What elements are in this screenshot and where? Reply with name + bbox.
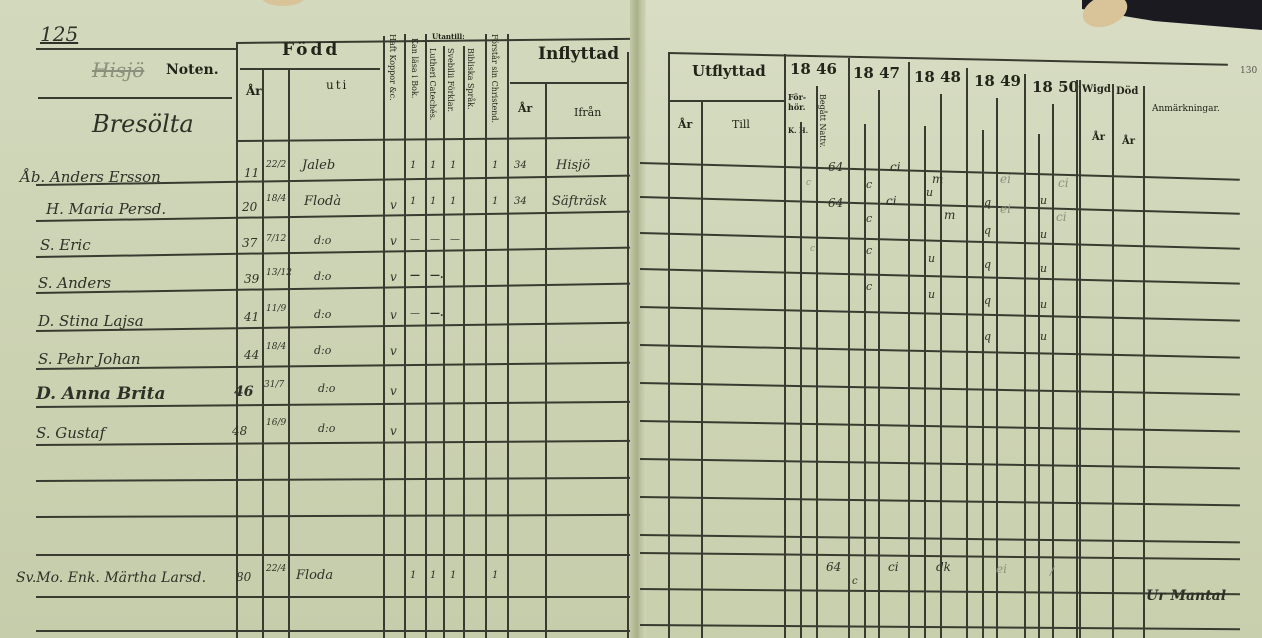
kan-lasa-mark: 1 [410, 160, 416, 171]
koppor-mark: v [390, 198, 397, 212]
header-year-1850: 18 50 [1032, 78, 1079, 96]
person-name: D. Stina Lajsa [38, 312, 144, 330]
header-wigd-ar: År [1092, 132, 1105, 143]
top-rule-left [36, 48, 236, 50]
col-line [1143, 86, 1145, 638]
lutheri-mark: —. [430, 308, 443, 319]
nattvard-1846: 64 [828, 196, 843, 210]
birth-date: 18/4 [266, 194, 286, 204]
person-name: H. Maria Persd. [46, 200, 166, 218]
header-kan-lasa: Kan läsa i Bok. [410, 38, 419, 138]
forhor-1849: q [984, 258, 991, 271]
header-dod-ar: År [1122, 136, 1135, 147]
col-line [507, 34, 509, 638]
forstar-mark: 1 [492, 196, 498, 207]
header-dod: Död [1116, 86, 1138, 97]
header-inflyttad: Inflyttad [538, 44, 619, 64]
nattvard-1850: ci [1058, 176, 1069, 190]
lutheri-mark: 1 [430, 570, 436, 581]
nattvard-1848: dk [936, 560, 951, 574]
koppor-mark: v [390, 384, 397, 398]
forhor-1850: u [1040, 330, 1047, 343]
forhor-1848: u [928, 288, 935, 301]
row-rule [36, 630, 630, 632]
col-line [383, 36, 385, 638]
nattvard-1848: m [932, 172, 943, 186]
birth-year: 20 [242, 200, 257, 214]
header-svebilii: Svebilii Förklar. [446, 48, 455, 138]
birth-place: Jaleb [302, 158, 335, 173]
forhor-1848: u [928, 252, 935, 265]
nattvard-1850: / [1050, 564, 1054, 578]
forhor-1850: u [1040, 262, 1047, 275]
header-utantill: Utantill: [432, 32, 465, 41]
forhor-1847: c [866, 212, 872, 225]
header-utflyttad-till: Till [732, 118, 750, 131]
header-lutheri: Lutheri Catechés. [428, 48, 437, 138]
koppor-mark: v [390, 424, 397, 438]
forhor-1850: u [1040, 194, 1047, 207]
forhor-1847: c [866, 244, 872, 257]
birth-year: 80 [236, 570, 251, 584]
rote-label: Noten. [166, 62, 219, 78]
col-line [236, 44, 238, 638]
forstar-mark: 1 [492, 160, 498, 171]
nattvard-1846: 64 [826, 560, 841, 574]
lutheri-mark: —. [430, 270, 443, 281]
header-kh: K. H. [788, 126, 808, 135]
header-forhor: För- hör. [788, 92, 808, 112]
col-line [1079, 80, 1081, 638]
birth-year: 11 [244, 166, 259, 180]
inflyttad-year: 34 [514, 196, 527, 207]
nattvard-1849: ei [1000, 202, 1011, 216]
birth-year: 37 [242, 236, 257, 250]
header-fodd-ar: År [246, 84, 262, 98]
birth-date: 11/9 [266, 304, 286, 314]
col-line [485, 34, 487, 638]
birth-year: 46 [234, 384, 253, 400]
nattvard-1848: m [944, 208, 955, 222]
nattvard-1849: ei [1000, 172, 1011, 186]
person-name: S. Anders [38, 274, 111, 292]
col-line [1038, 134, 1040, 638]
birth-date: 22/4 [266, 564, 286, 574]
header-utflyttad: Utflyttad [692, 62, 766, 80]
col-line [800, 122, 802, 638]
header-inflyttad-ar: År [518, 102, 532, 115]
header-year-1848: 18 48 [914, 68, 961, 86]
forhor-1848: u [926, 186, 933, 199]
col-line [288, 68, 290, 638]
koppor-mark: v [390, 234, 397, 248]
col-line [425, 34, 427, 638]
inflyttad-year: 34 [514, 160, 527, 171]
person-name: Sv.Mo. Enk. Märtha Larsd. [16, 570, 206, 586]
birth-place: d:o [318, 422, 335, 435]
nattvard-1847: ci [886, 194, 897, 208]
birth-date: 13/12 [266, 268, 292, 278]
birth-date: 18/4 [266, 342, 286, 352]
col-line [404, 34, 406, 638]
koppor-mark: v [390, 270, 397, 284]
birth-place: d:o [314, 344, 331, 357]
person-name: S. Eric [40, 236, 91, 254]
forhor-1847: c [866, 280, 872, 293]
person-name: Åb. Anders Ersson [20, 168, 161, 186]
col-line [1112, 84, 1114, 638]
col-line [701, 100, 703, 638]
header-bibliska: Bibliska Språk. [466, 48, 475, 138]
header-forstar: Förstår sin Christend. [490, 34, 499, 134]
header-koppor: Haft Koppor &c. [388, 34, 397, 134]
person-name: D. Anna Brita [36, 384, 165, 404]
nattvard-1850: ci [1056, 210, 1067, 224]
row-rule [36, 596, 630, 598]
birth-place: Floda [296, 568, 333, 583]
col-line [966, 68, 968, 638]
koppor-mark: v [390, 308, 397, 322]
birth-place: d:o [314, 308, 331, 321]
kan-lasa-mark: — [410, 234, 420, 245]
inflyttad-from: Hisjö [556, 158, 590, 173]
header-fodd: Född [282, 40, 340, 60]
birth-place: d:o [318, 382, 335, 395]
svebilii-mark: 1 [450, 160, 456, 171]
forhor-1846: c [806, 178, 811, 188]
lutheri-mark: 1 [430, 196, 436, 207]
header-begatt-nattv: Begått Nattv. [818, 94, 827, 144]
person-name: S. Pehr Johan [38, 350, 140, 368]
inflyttad-from: Säfträsk [552, 194, 607, 209]
nattvard-1847: ci [888, 560, 899, 574]
kan-lasa-mark: — [410, 308, 420, 319]
header-anmarkningar: Anmärkningar. [1152, 104, 1220, 114]
birth-year: 48 [232, 424, 247, 438]
kan-lasa-mark: — [410, 270, 420, 281]
svebilii-mark: 1 [450, 196, 456, 207]
svebilii-mark: 1 [450, 570, 456, 581]
birth-year: 44 [244, 348, 259, 362]
rote-rule [38, 97, 232, 99]
birth-date: 31/7 [264, 380, 284, 390]
kan-lasa-mark: 1 [410, 570, 416, 581]
forhor-1849: q [984, 330, 991, 343]
header-year-1847: 18 47 [853, 64, 900, 82]
page-number-left: 125 [40, 22, 78, 46]
header-inflyttad-ifran: Ifrån [574, 106, 601, 119]
forhor-1849: q [984, 196, 991, 209]
header-utflyttad-ar: År [678, 118, 692, 131]
header-wigd: Wigd [1082, 84, 1111, 95]
nattvard-1846: 64 [828, 160, 843, 174]
col-line [262, 68, 264, 638]
lutheri-mark: — [430, 234, 440, 245]
forhor-1846: c [810, 244, 815, 254]
farm-name: Bresölta [92, 110, 194, 138]
header-year-1846: 18 46 [790, 60, 837, 78]
forhor-1850: u [1040, 298, 1047, 311]
nattvard-1847: ci [890, 160, 901, 174]
birth-place: d:o [314, 270, 331, 283]
birth-date: 22/2 [266, 160, 286, 170]
col-line [864, 124, 866, 638]
birth-date: 16/9 [266, 418, 286, 428]
svebilii-mark: — [450, 234, 460, 245]
col-line [924, 126, 926, 638]
utflyttad-rule [668, 100, 784, 102]
birth-place: d:o [314, 234, 331, 247]
header-year-1849: 18 49 [974, 72, 1021, 90]
fodd-rule [240, 68, 380, 70]
header-uti: uti [326, 78, 348, 92]
row-rule [36, 554, 630, 556]
birth-year: 39 [244, 272, 259, 286]
koppor-mark: v [390, 344, 397, 358]
col-line [627, 52, 629, 638]
birth-date: 7/12 [266, 234, 286, 244]
col-line [1024, 74, 1026, 638]
book-spine [630, 0, 646, 638]
birth-year: 41 [244, 310, 259, 324]
nattvard-1849: ei [996, 562, 1007, 576]
person-name: S. Gustaf [36, 424, 105, 442]
forstar-mark: 1 [492, 570, 498, 581]
col-line [463, 46, 465, 638]
forhor-1850: u [1040, 228, 1047, 241]
col-line [1076, 80, 1078, 638]
kan-lasa-mark: 1 [410, 196, 416, 207]
forhor-1847: c [852, 576, 858, 587]
col-line [784, 54, 786, 638]
lutheri-mark: 1 [430, 160, 436, 171]
birth-place: Flodà [304, 194, 341, 209]
forhor-1849: q [984, 294, 991, 307]
rote-name: Hisjö [92, 58, 144, 82]
forhor-1849: q [984, 224, 991, 237]
forhor-1847: c [866, 178, 872, 191]
col-line [443, 46, 445, 638]
remark-note: Ur Mantal [1146, 588, 1226, 604]
col-line [1052, 104, 1054, 638]
inflyttad-rule [510, 82, 628, 84]
page-number-right: 130 [1240, 66, 1257, 76]
